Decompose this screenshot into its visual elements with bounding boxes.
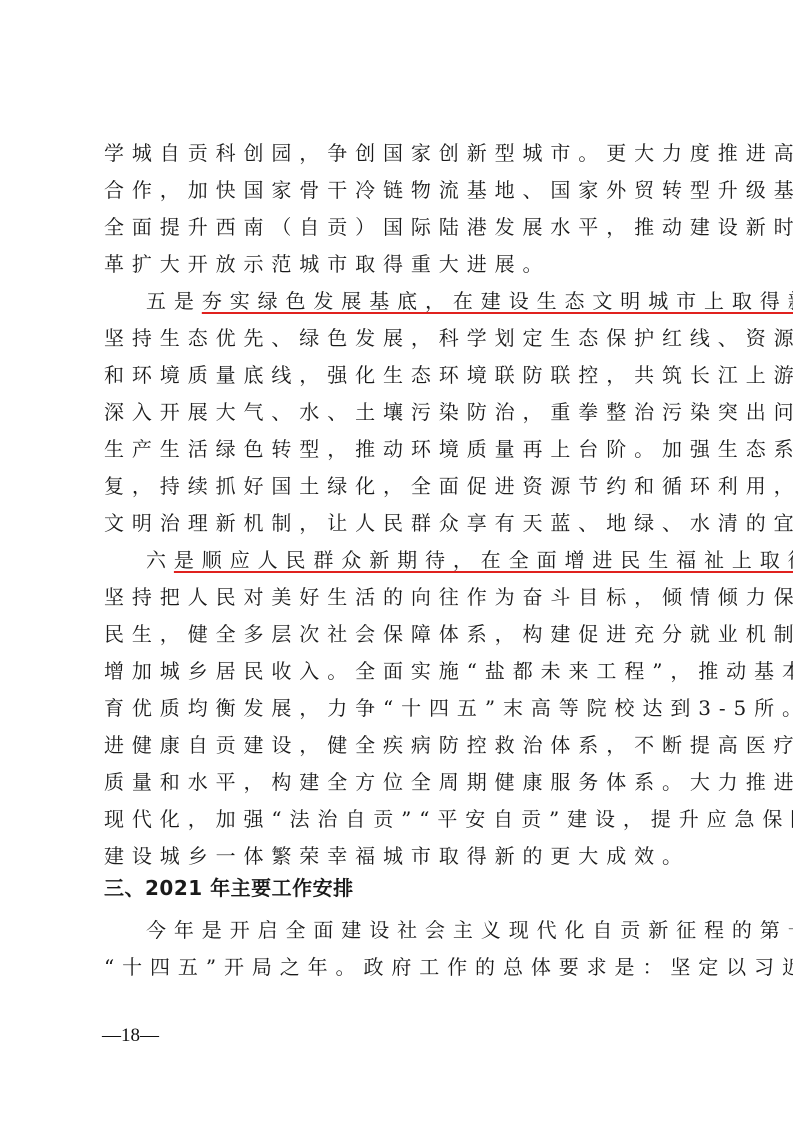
text-line: 现代化，加强“法治自贡”“平安自贡”建设，提升应急保障能力， [104,807,694,831]
text-line: 生产生活绿色转型，推动环境质量再上台阶。加强生态系统保护修 [104,437,694,461]
text-line: 复，持续抓好国土绿化，全面促进资源节约和循环利用，完善生态 [104,474,694,498]
page-number: —18— [102,1025,159,1047]
paragraph-five-heading-line: 五是夯实绿色发展基底，在建设生态文明城市上取得新突破。 [146,289,706,313]
text-line: 质量和水平，构建全方位全周期健康服务体系。大力推进社会治理 [104,770,694,794]
text-line: 和环境质量底线，强化生态环境联防联控，共筑长江上游生态屏障。 [104,363,694,387]
document-page: 学城自贡科创园，争创国家创新型城市。更大力度推进高水平开放 合作，加快国家骨干冷… [0,0,793,1122]
text-line: 学城自贡科创园，争创国家创新型城市。更大力度推进高水平开放 [104,141,694,165]
text-line: 合作，加快国家骨干冷链物流基地、国家外贸转型升级基地建设， [104,178,694,202]
paragraph-lead: 六 [146,548,174,572]
text-line: 育优质均衡发展，力争“十四五”末高等院校达到3-5所。深入推 [104,696,694,720]
text-line: 坚持把人民对美好生活的向往作为奋斗目标，倾情倾力保障和改善 [104,585,694,609]
text-line: “十四五”开局之年。政府工作的总体要求是：坚定以习近平新时 [104,955,694,979]
section-heading: 三、2021 年主要工作安排 [104,876,354,900]
text-line: 进健康自贡建设，健全疾病防控救治体系，不断提高医疗卫生服务 [104,733,694,757]
text-line: 增加城乡居民收入。全面实施“盐都未来工程”，推动基本公共教 [104,659,694,683]
text-line: 民生，健全多层次社会保障体系，构建促进充分就业机制，多渠道 [104,622,694,646]
text-line: 革扩大开放示范城市取得重大进展。 [104,252,694,276]
text-line: 建设城乡一体繁荣幸福城市取得新的更大成效。 [104,844,694,868]
text-line: 坚持生态优先、绿色发展，科学划定生态保护红线、资源利用上线 [104,326,694,350]
paragraph-six-heading-line: 六是顺应人民群众新期待，在全面增进民生福祉上取得新突破。 [146,548,706,572]
text-line: 文明治理新机制，让人民群众享有天蓝、地绿、水清的宜居环境。 [104,511,694,535]
underlined-key-phrase: 是顺应人民群众新期待，在全面增进民生福祉上取得新突破。 [174,548,793,572]
text-line: 今年是开启全面建设社会主义现代化自贡新征程的第一年，是 [146,918,706,942]
text-line: 全面提升西南（自贡）国际陆港发展水平，推动建设新时代深化改 [104,215,694,239]
paragraph-lead: 五是 [146,289,202,313]
text-line: 深入开展大气、水、土壤污染防治，重拳整治污染突出问题，促进 [104,400,694,424]
underlined-key-phrase: 夯实绿色发展基底，在建设生态文明城市上取得新突破。 [202,289,793,313]
